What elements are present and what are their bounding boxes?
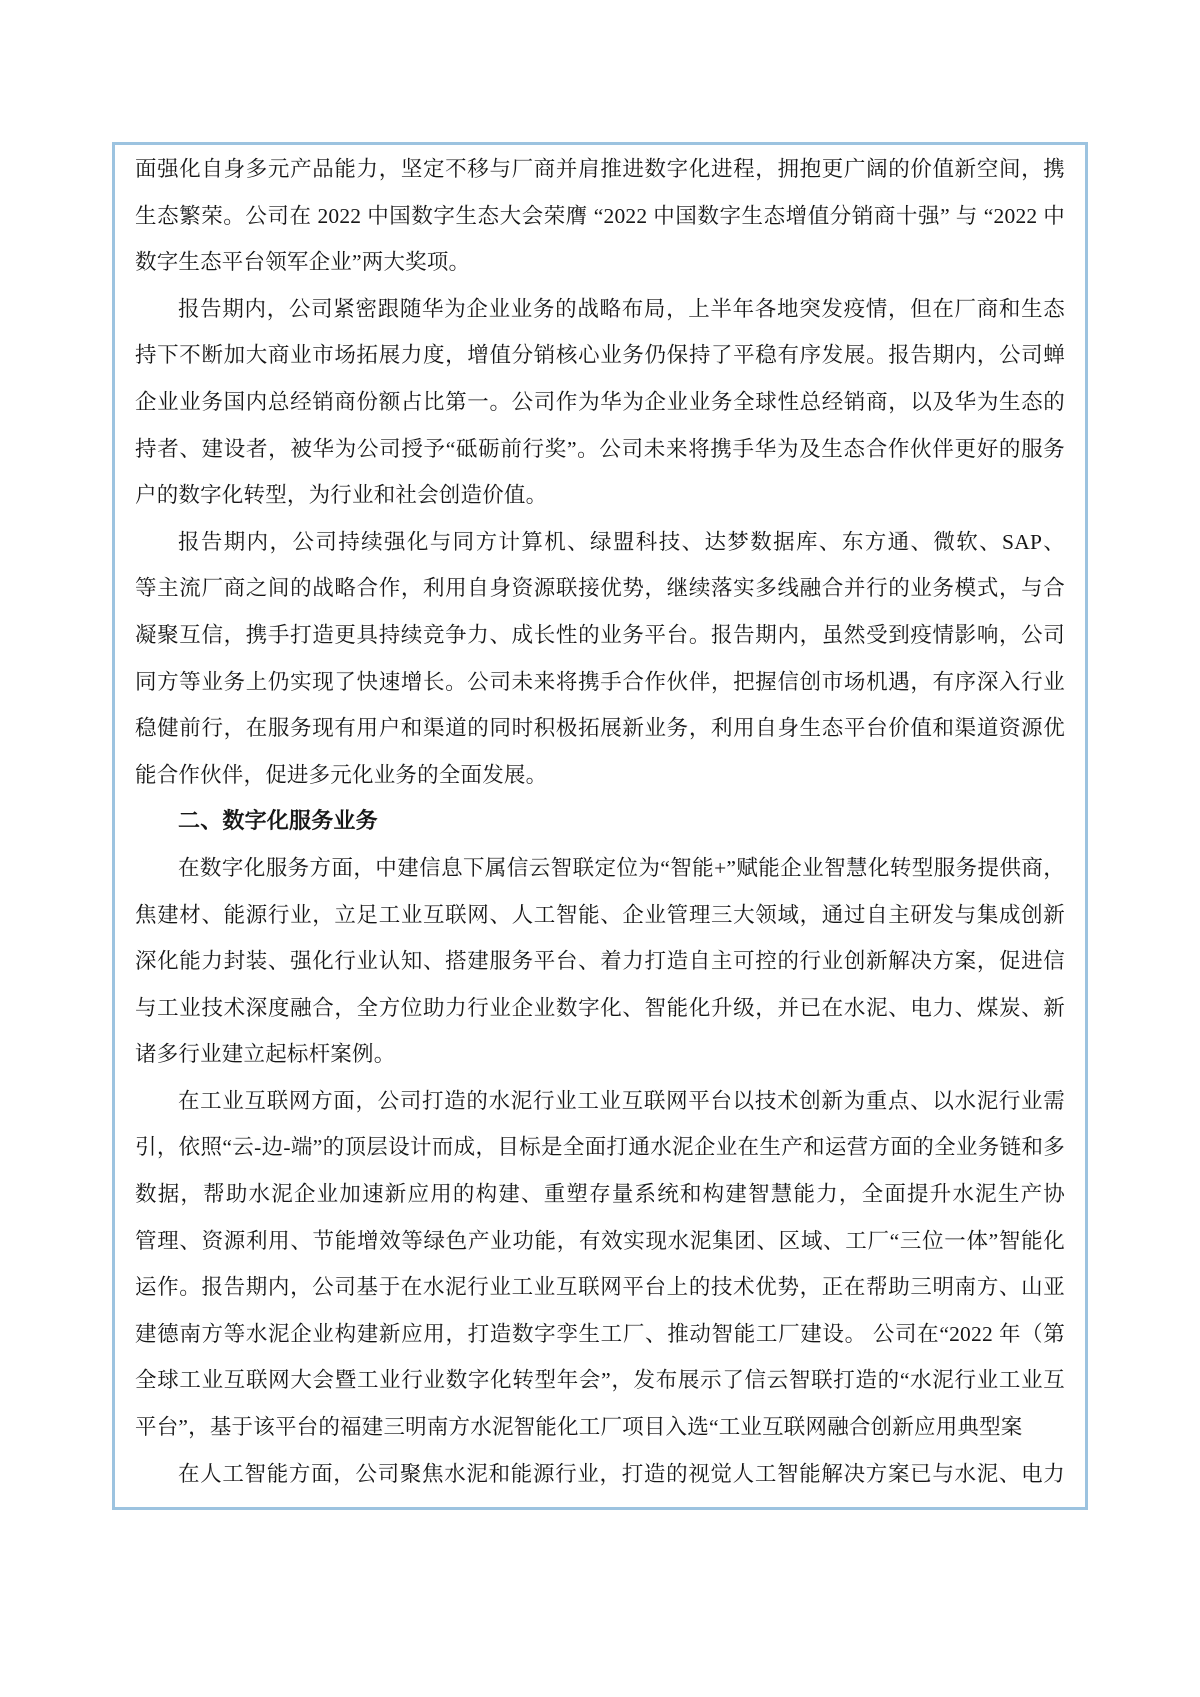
text-line: 同方等业务上仍实现了快速增长。公司未来将携手合作伙伴，把握信创市场机遇，有序深入…: [135, 659, 1065, 706]
paragraph: 在人工智能方面，公司聚焦水泥和能源行业，打造的视觉人工智能解决方案已与水泥、电力…: [135, 1451, 1065, 1498]
paragraph: 面强化自身多元产品能力，坚定不移与厂商并肩推进数字化进程，拥抱更广阔的价值新空间…: [135, 146, 1065, 286]
text-line: 引，依照“云-边-端”的顶层设计而成，目标是全面打通水泥企业在生产和运营方面的全…: [135, 1124, 1065, 1171]
text-line: 平台”，基于该平台的福建三明南方水泥智能化工厂项目入选“工业互联网融合创新应用典…: [135, 1404, 1065, 1451]
text-line: 等主流厂商之间的战略合作，利用自身资源联接优势，继续落实多线融合并行的业务模式，…: [135, 565, 1065, 612]
text-line: 在人工智能方面，公司聚焦水泥和能源行业，打造的视觉人工智能解决方案已与水泥、电力…: [135, 1451, 1065, 1498]
section-heading: 二、数字化服务业务: [135, 798, 1065, 845]
text-line: 户的数字化转型，为行业和社会创造价值。: [135, 472, 1065, 519]
text-line: 数字生态平台领军企业”两大奖项。: [135, 239, 1065, 286]
text-line: 持下不断加大商业市场拓展力度，增值分销核心业务仍保持了平稳有序发展。报告期内，公…: [135, 332, 1065, 379]
text-content-box: 面强化自身多元产品能力，坚定不移与厂商并肩推进数字化进程，拥抱更广阔的价值新空间…: [112, 142, 1088, 1510]
text-line: 建德南方等水泥企业构建新应用，打造数字孪生工厂、推动智能工厂建设。 公司在“20…: [135, 1311, 1065, 1358]
text-line: 面强化自身多元产品能力，坚定不移与厂商并肩推进数字化进程，拥抱更广阔的价值新空间…: [135, 146, 1065, 193]
text-line: 凝聚互信，携手打造更具持续竞争力、成长性的业务平台。报告期内，虽然受到疫情影响，…: [135, 612, 1065, 659]
text-line: 管理、资源利用、节能增效等绿色产业功能，有效实现水泥集团、区域、工厂“三位一体”…: [135, 1218, 1065, 1265]
section-heading-text: 二、数字化服务业务: [135, 798, 1065, 845]
paragraph: 报告期内，公司持续强化与同方计算机、绿盟科技、达梦数据库、东方通、微软、SAP、…: [135, 519, 1065, 799]
paragraph: 在工业互联网方面，公司打造的水泥行业工业互联网平台以技术创新为重点、以水泥行业需…: [135, 1078, 1065, 1451]
text-line: 全球工业互联网大会暨工业行业数字化转型年会”，发布展示了信云智联打造的“水泥行业…: [135, 1357, 1065, 1404]
text-line: 运作。报告期内，公司基于在水泥行业工业互联网平台上的技术优势，正在帮助三明南方、…: [135, 1264, 1065, 1311]
text-line: 诸多行业建立起标杆案例。: [135, 1031, 1065, 1078]
text-line: 数据，帮助水泥企业加速新应用的构建、重塑存量系统和构建智慧能力，全面提升水泥生产…: [135, 1171, 1065, 1218]
text-line: 深化能力封装、强化行业认知、搭建服务平台、着力打造自主可控的行业创新解决方案，促…: [135, 938, 1065, 985]
paragraph: 报告期内，公司紧密跟随华为企业业务的战略布局，上半年各地突发疫情，但在厂商和生态…: [135, 286, 1065, 519]
paragraph: 在数字化服务方面，中建信息下属信云智联定位为“智能+”赋能企业智慧化转型服务提供…: [135, 845, 1065, 1078]
text-line: 生态繁荣。公司在 2022 中国数字生态大会荣膺 “2022 中国数字生态增值分…: [135, 193, 1065, 240]
document-page: 面强化自身多元产品能力，坚定不移与厂商并肩推进数字化进程，拥抱更广阔的价值新空间…: [0, 0, 1200, 1697]
text-line: 报告期内，公司持续强化与同方计算机、绿盟科技、达梦数据库、东方通、微软、SAP、…: [135, 519, 1065, 566]
text-line: 持者、建设者，被华为公司授予“砥砺前行奖”。公司未来将携手华为及生态合作伙伴更好…: [135, 426, 1065, 473]
text-line: 与工业技术深度融合，全方位助力行业企业数字化、智能化升级，并已在水泥、电力、煤炭…: [135, 985, 1065, 1032]
text-line: 企业业务国内总经销商份额占比第一。公司作为华为企业业务全球性总经销商，以及华为生…: [135, 379, 1065, 426]
text-line: 在数字化服务方面，中建信息下属信云智联定位为“智能+”赋能企业智慧化转型服务提供…: [135, 845, 1065, 892]
text-line: 焦建材、能源行业，立足工业互联网、人工智能、企业管理三大领域，通过自主研发与集成…: [135, 892, 1065, 939]
text-line: 报告期内，公司紧密跟随华为企业业务的战略布局，上半年各地突发疫情，但在厂商和生态…: [135, 286, 1065, 333]
text-line: 在工业互联网方面，公司打造的水泥行业工业互联网平台以技术创新为重点、以水泥行业需…: [135, 1078, 1065, 1125]
text-line: 能合作伙伴，促进多元化业务的全面发展。: [135, 752, 1065, 799]
text-line: 稳健前行，在服务现有用户和渠道的同时积极拓展新业务，利用自身生态平台价值和渠道资…: [135, 705, 1065, 752]
